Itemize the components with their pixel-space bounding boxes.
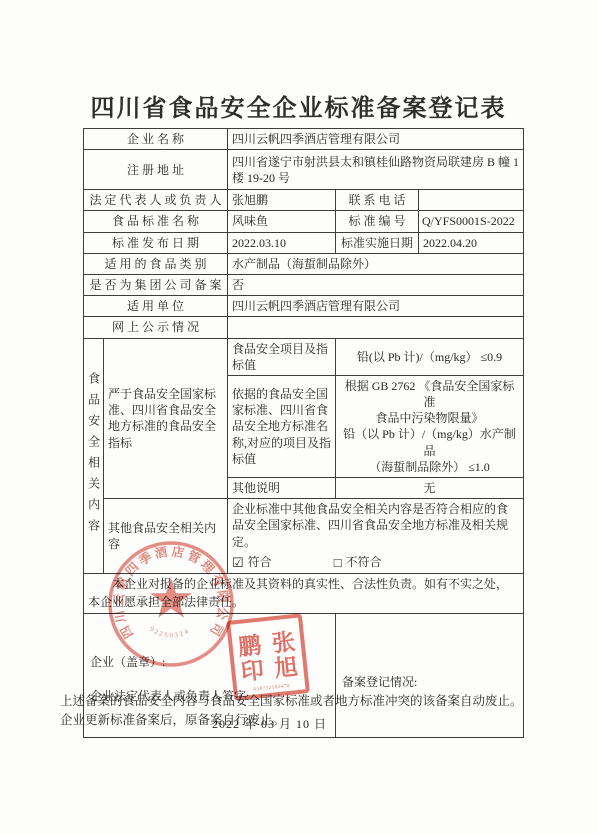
- basis-line-3: 铅（以 Pb 计）/（mg/kg）水产制品: [340, 426, 519, 458]
- row-legal-rep: 法 定 代 表 人 或 负 责 人 张旭鹏 联 系 电 话: [84, 190, 524, 211]
- row-online-publicity: 网 上 公 示 情 况: [84, 317, 524, 338]
- row-dates: 标 准 发 布 日 期 2022.03.10 标准实施日期 2022.04.20: [84, 232, 524, 253]
- safety-item-label: 食品安全项目及指标值: [228, 338, 336, 375]
- legal-rep-label: 法 定 代 表 人 或 负 责 人: [84, 190, 228, 211]
- row-address: 注 册 地 址 四川省遂宁市射洪县太和镇桂仙路物资局联建房 B 幢 1 楼 19…: [84, 150, 524, 190]
- checkbox-checked-icon: ☑: [232, 554, 244, 572]
- online-publicity-value: [228, 317, 524, 338]
- other-note-label: 其他说明: [228, 478, 336, 499]
- page-title: 四川省食品安全企业标准备案登记表: [0, 88, 597, 123]
- implement-date-value: 2022.04.20: [419, 232, 524, 253]
- standard-no-value: Q/YFS0001S-2022: [419, 211, 524, 232]
- group-filing-value: 否: [228, 274, 524, 295]
- other-content-text: 企业标准中其他食品安全相关内容是否符合相应的食品安全国家标准、四川省食品安全地方…: [232, 501, 519, 550]
- basis-value: 根据 GB 2762 《食品安全国家标准 食品中污染物限量》 铅（以 Pb 计）…: [336, 375, 524, 477]
- row-statement: 本企业对报备的企业标准及其资料的真实性、合法性负责。如有不实之处，本企业愿承担全…: [84, 574, 524, 614]
- company-seal-label: 企业（盖章）:: [88, 654, 331, 670]
- row-applicable-unit: 适 用 单 位 四川云帆四季酒店管理有限公司: [84, 296, 524, 317]
- row-safety-item: 食品安全相关内容 严于食品安全国家标准、四川省食品安全地方标准的食品安全指标 食…: [84, 338, 524, 375]
- company-name-value: 四川云帆四季酒店管理有限公司: [228, 129, 524, 150]
- applicable-unit-label: 适 用 单 位: [84, 296, 228, 317]
- food-category-value: 水产制品（海蜇制品除外）: [228, 253, 524, 274]
- other-content-label: 其他食品安全相关内容: [104, 499, 228, 574]
- basis-line-1: 根据 GB 2762 《食品安全国家标准: [340, 378, 519, 410]
- standard-name-value: 风味鱼: [228, 211, 336, 232]
- row-group-filing: 是 否 为 集 团 公 司 备 案 否: [84, 274, 524, 295]
- publish-date-label: 标 准 发 布 日 期: [84, 232, 228, 253]
- row-food-category: 适 用 的 食 品 类 别 水产制品（海蜇制品除外）: [84, 253, 524, 274]
- checkbox-no-label: 不符合: [346, 554, 382, 570]
- checkbox-unchecked-icon: □: [334, 554, 342, 572]
- stricter-indicator-label: 严于食品安全国家标准、四川省食品安全地方标准的食品安全指标: [104, 338, 228, 499]
- compliance-checkboxes: ☑ 符合 □ 不符合: [232, 554, 519, 572]
- publish-date-value: 2022.03.10: [228, 232, 336, 253]
- footer-line-2: 企业更新标准备案后，原备案自行废止。: [60, 711, 532, 730]
- company-name-label: 企 业 名 称: [84, 129, 228, 150]
- registration-form-table: 企 业 名 称 四川云帆四季酒店管理有限公司 注 册 地 址 四川省遂宁市射洪县…: [83, 128, 524, 738]
- phone-value: [419, 190, 524, 211]
- safety-item-value: 铅(以 Pb 计)/（mg/kg） ≤0.9: [336, 338, 524, 375]
- phone-label: 联 系 电 话: [336, 190, 419, 211]
- standard-no-label: 标 准 编 号: [336, 211, 419, 232]
- footer-line-1: 上述备案的食品安全内容与食品安全国家标准或者地方标准冲突的该备案自动废止。: [60, 692, 532, 711]
- basis-line-2: 食品中污染物限量》: [340, 410, 519, 426]
- basis-line-4: （海蜇制品除外） ≤1.0: [340, 459, 519, 475]
- registration-label: 备案登记情况:: [340, 674, 519, 690]
- food-category-label: 适 用 的 食 品 类 别: [84, 253, 228, 274]
- address-label: 注 册 地 址: [84, 150, 228, 190]
- group-filing-label: 是 否 为 集 团 公 司 备 案: [84, 274, 228, 295]
- safety-section-side-label: 食品安全相关内容: [84, 338, 104, 574]
- implement-date-label: 标准实施日期: [336, 232, 419, 253]
- scanned-form-page: 四川省食品安全企业标准备案登记表 企 业 名 称 四川云帆四季酒店管理有限公司 …: [0, 0, 597, 834]
- applicable-unit-value: 四川云帆四季酒店管理有限公司: [228, 296, 524, 317]
- basis-label: 依据的食品安全国家标准、四川省食品安全地方标准名称,对应的项目及指标值: [228, 375, 336, 477]
- row-company-name: 企 业 名 称 四川云帆四季酒店管理有限公司: [84, 129, 524, 150]
- row-other-content: 其他食品安全相关内容 企业标准中其他食品安全相关内容是否符合相应的食品安全国家标…: [84, 499, 524, 574]
- row-standard-name: 食 品 标 准 名 称 风味鱼 标 准 编 号 Q/YFS0001S-2022: [84, 211, 524, 232]
- responsibility-statement: 本企业对报备的企业标准及其资料的真实性、合法性负责。如有不实之处，本企业愿承担全…: [88, 576, 519, 611]
- online-publicity-label: 网 上 公 示 情 况: [84, 317, 228, 338]
- address-value: 四川省遂宁市射洪县太和镇桂仙路物资局联建房 B 幢 1 楼 19-20 号: [228, 150, 524, 190]
- other-content-cell: 企业标准中其他食品安全相关内容是否符合相应的食品安全国家标准、四川省食品安全地方…: [228, 499, 524, 574]
- legal-rep-value: 张旭鹏: [228, 190, 336, 211]
- checkbox-yes-label: 符合: [248, 554, 272, 570]
- statement-cell: 本企业对报备的企业标准及其资料的真实性、合法性负责。如有不实之处，本企业愿承担全…: [84, 574, 524, 614]
- other-note-value: 无: [336, 478, 524, 499]
- standard-name-label: 食 品 标 准 名 称: [84, 211, 228, 232]
- footer-note: 上述备案的食品安全内容与食品安全国家标准或者地方标准冲突的该备案自动废止。 企业…: [60, 692, 532, 731]
- basis-value-lines: 根据 GB 2762 《食品安全国家标准 食品中污染物限量》 铅（以 Pb 计）…: [340, 378, 519, 475]
